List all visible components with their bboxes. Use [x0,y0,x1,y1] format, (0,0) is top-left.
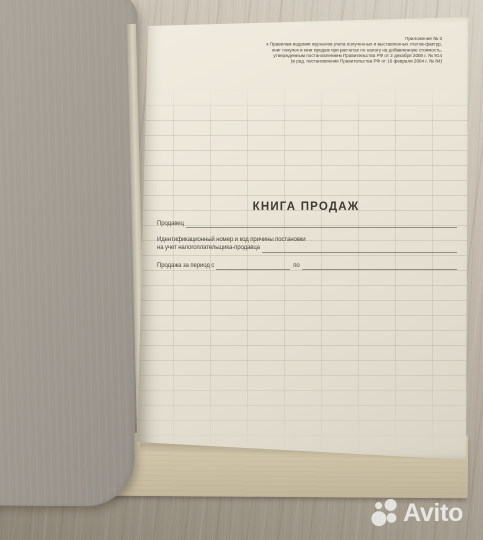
taxpayer-id-blank-line [262,246,457,253]
avito-logo-icon [371,499,400,528]
taxpayer-id-row-2: на учет налогоплательщика-продавца [157,245,457,252]
book-cover-inside [0,0,138,507]
taxpayer-id-row-1: Идентификационный номер и код причины по… [157,237,457,244]
sales-book-photo: Приложение № 3 к Правилам ведения журнал… [0,0,483,540]
page-title: КНИГА ПРОДАЖ [156,201,456,213]
period-to-label: по [293,263,299,270]
title-page-form: Продавец Идентификационный номер и код п… [157,221,457,270]
period-to-blank-line [302,263,457,270]
taxpayer-id-label-1: Идентификационный номер и код причины по… [157,237,306,244]
seller-label: Продавец [157,221,184,228]
period-from-blank-line [216,263,290,270]
period-row: Продажа за период с по [157,263,457,270]
title-page: Приложение № 3 к Правилам ведения журнал… [136,15,470,462]
seller-blank-line [186,221,457,228]
taxpayer-id-label-2: на учет налогоплательщика-продавца [157,245,260,252]
period-from-label: Продажа за период с [157,263,214,270]
legal-note: Приложение № 3 к Правилам ведения журнал… [252,36,442,64]
legal-note-line: к Правилам ведения журналов учета получе… [252,42,442,48]
avito-watermark: Avito [371,499,463,528]
seller-row: Продавец [157,221,457,228]
avito-wordmark: Avito [403,499,463,528]
legal-note-line: (в ред. постановления Правительства РФ о… [252,59,442,65]
